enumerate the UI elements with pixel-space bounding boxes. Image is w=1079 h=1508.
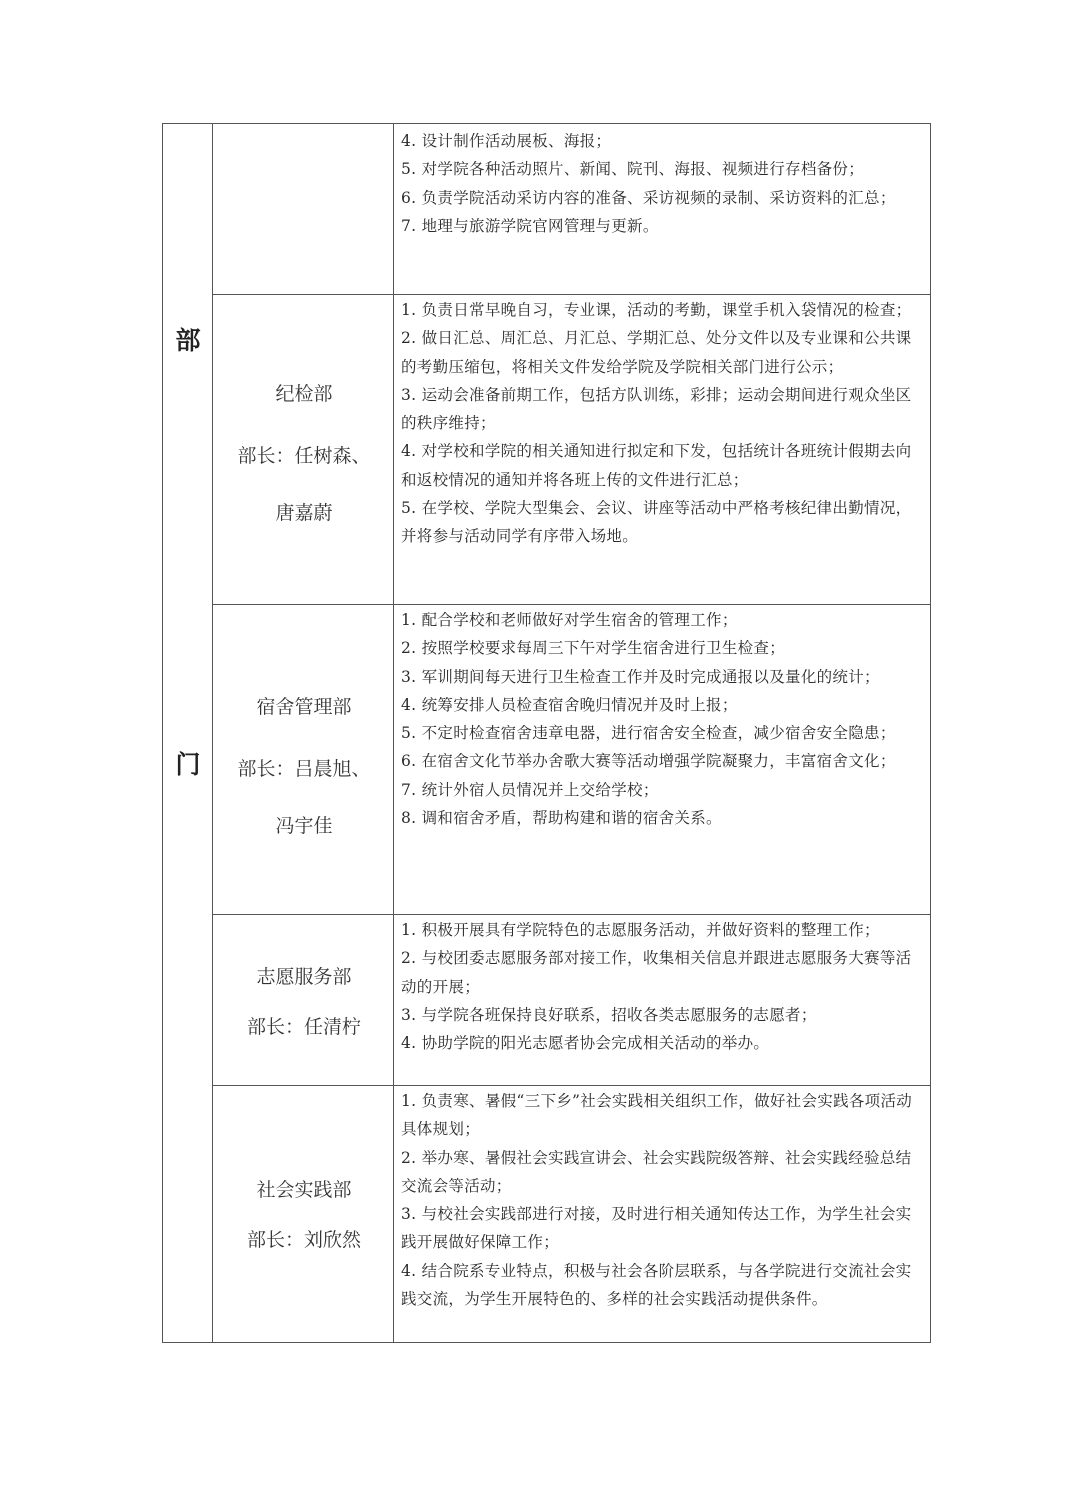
duty-item: 2. 做日汇总、周汇总、月汇总、学期汇总、处分文件以及专业课和公共课的考勤压缩包… (401, 324, 927, 381)
duty-item: 3. 军训期间每天进行卫生检查工作并及时完成通报以及量化的统计； (401, 663, 927, 691)
column-divider (212, 124, 213, 1342)
dept-name: 纪检部 (214, 379, 394, 406)
duty-item: 3. 运动会准备前期工作，包括方队训练，彩排；运动会期间进行观众坐区的秩序维持； (401, 381, 927, 438)
duty-item: 5. 不定时检查宿舍违章电器，进行宿舍安全检查，减少宿舍安全隐患； (401, 719, 927, 747)
department-table: 部 门 4. 设计制作活动展板、海报； 5. 对学院各种活动照片、新闻、院刊、海… (162, 123, 931, 1343)
row-divider (213, 294, 930, 295)
duty-item: 4. 统筹安排人员检查宿舍晚归情况并及时上报； (401, 691, 927, 719)
duty-item: 6. 在宿舍文化节举办舍歌大赛等活动增强学院凝聚力，丰富宿舍文化； (401, 747, 927, 775)
duties-cell: 1. 积极开展具有学院特色的志愿服务活动，并做好资料的整理工作； 2. 与校团委… (401, 916, 927, 1057)
duty-item: 3. 与学院各班保持良好联系，招收各类志愿服务的志愿者； (401, 1001, 927, 1029)
dept-name: 社会实践部 (214, 1175, 394, 1202)
dept-leader: 唐嘉蔚 (214, 485, 394, 542)
duty-item: 2. 举办寒、暑假社会实践宣讲会、社会实践院级答辩、社会实践经验总结交流会等活动… (401, 1144, 927, 1201)
dept-cell-volunteer: 志愿服务部 部长：任清柠 (214, 962, 394, 1043)
duty-item: 1. 负责寒、暑假“三下乡”社会实践相关组织工作，做好社会实践各项活动具体规划； (401, 1087, 927, 1144)
duty-item: 7. 统计外宿人员情况并上交给学校； (401, 776, 927, 804)
duty-item: 2. 按照学校要求每周三下午对学生宿舍进行卫生检查； (401, 634, 927, 662)
dept-leader: 部长：吕晨旭、 (214, 741, 394, 798)
row-divider (213, 1085, 930, 1086)
duty-item: 5. 在学校、学院大型集会、会议、讲座等活动中严格考核纪律出勤情况，并将参与活动… (401, 494, 927, 551)
row-divider (213, 914, 930, 915)
duty-item: 4. 设计制作活动展板、海报； (401, 127, 927, 155)
dept-cell-discipline: 纪检部 部长：任树森、 唐嘉蔚 (214, 379, 394, 542)
dept-leader: 部长：任树森、 (214, 428, 394, 485)
duties-cell: 4. 设计制作活动展板、海报； 5. 对学院各种活动照片、新闻、院刊、海报、视频… (401, 127, 927, 240)
duty-item: 8. 调和宿舍矛盾，帮助构建和谐的宿舍关系。 (401, 804, 927, 832)
duty-item: 4. 结合院系专业特点，积极与社会各阶层联系，与各学院进行交流社会实践交流，为学… (401, 1257, 927, 1314)
side-label-char: 门 (163, 745, 213, 781)
dept-name: 宿舍管理部 (214, 692, 394, 719)
dept-leader: 冯宇佳 (214, 798, 394, 855)
duties-cell: 1. 负责日常早晚自习，专业课，活动的考勤，课堂手机入袋情况的检查； 2. 做日… (401, 296, 927, 551)
duty-item: 1. 积极开展具有学院特色的志愿服务活动，并做好资料的整理工作； (401, 916, 927, 944)
dept-cell-dormitory: 宿舍管理部 部长：吕晨旭、 冯宇佳 (214, 692, 394, 855)
side-label-char: 部 (163, 321, 213, 357)
duty-item: 6. 负责学院活动采访内容的准备、采访视频的录制、采访资料的汇总； (401, 184, 927, 212)
duty-item: 5. 对学院各种活动照片、新闻、院刊、海报、视频进行存档备份； (401, 155, 927, 183)
duties-cell: 1. 配合学校和老师做好对学生宿舍的管理工作； 2. 按照学校要求每周三下午对学… (401, 606, 927, 832)
duty-item: 4. 协助学院的阳光志愿者协会完成相关活动的举办。 (401, 1029, 927, 1057)
dept-leader: 部长：刘欣然 (214, 1224, 394, 1256)
dept-leader: 部长：任清柠 (214, 1011, 394, 1043)
duty-item: 1. 配合学校和老师做好对学生宿舍的管理工作； (401, 606, 927, 634)
duty-item: 3. 与校社会实践部进行对接，及时进行相关通知传达工作，为学生社会实践开展做好保… (401, 1200, 927, 1257)
duty-item: 7. 地理与旅游学院官网管理与更新。 (401, 212, 927, 240)
duties-cell: 1. 负责寒、暑假“三下乡”社会实践相关组织工作，做好社会实践各项活动具体规划；… (401, 1087, 927, 1313)
dept-name: 志愿服务部 (214, 962, 394, 989)
dept-cell-social-practice: 社会实践部 部长：刘欣然 (214, 1175, 394, 1256)
duty-item: 4. 对学校和学院的相关通知进行拟定和下发，包括统计各班统计假期去向和返校情况的… (401, 437, 927, 494)
row-divider (213, 604, 930, 605)
duty-item: 2. 与校团委志愿服务部对接工作，收集相关信息并跟进志愿服务大赛等活动的开展； (401, 944, 927, 1001)
duty-item: 1. 负责日常早晚自习，专业课，活动的考勤，课堂手机入袋情况的检查； (401, 296, 927, 324)
